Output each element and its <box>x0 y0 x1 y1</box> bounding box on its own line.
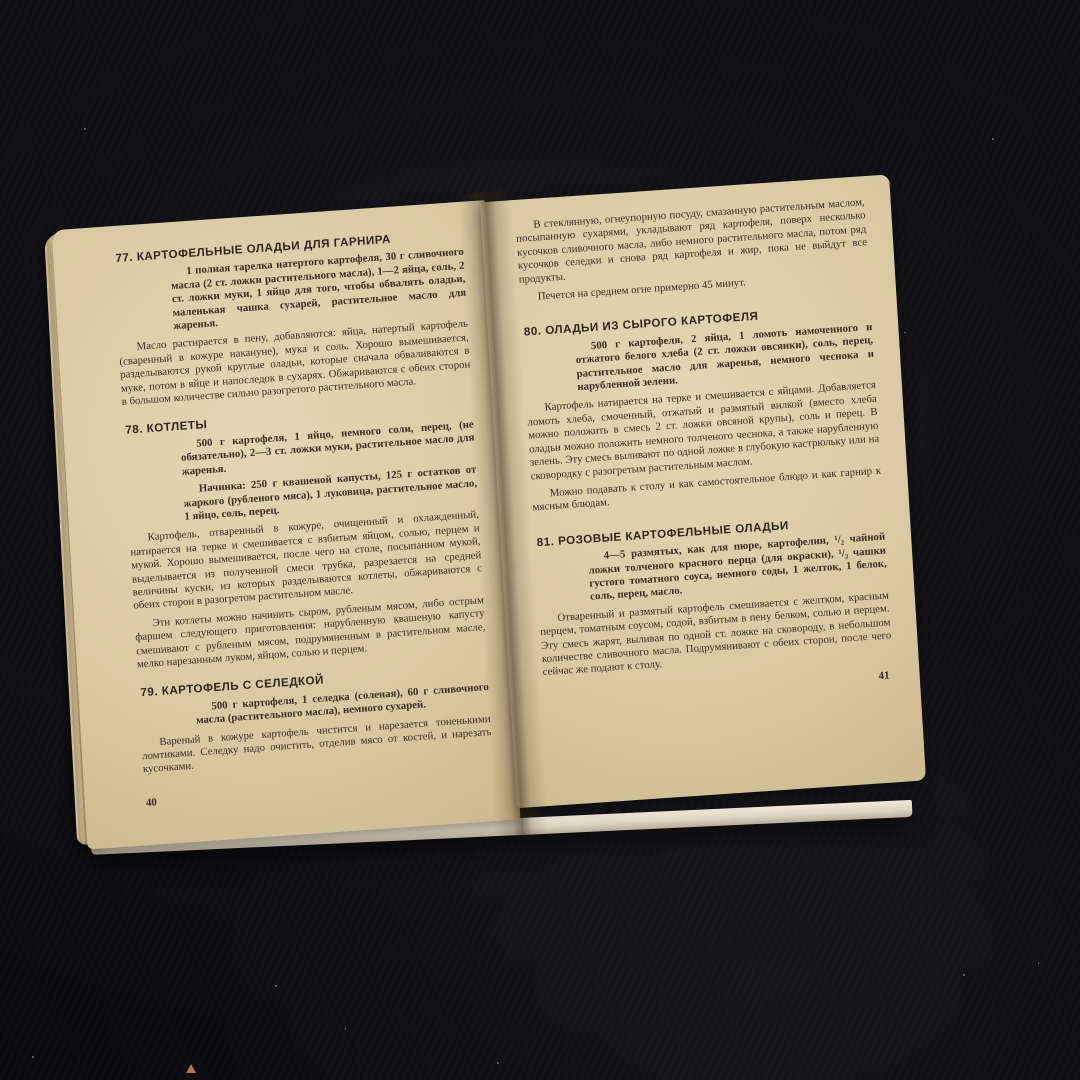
dust-speck <box>345 1028 346 1030</box>
dust-speck <box>275 985 277 987</box>
left-page: 77. КАРТОФЕЛЬНЫЕ ОЛАДЬИ ДЛЯ ГАРНИРА1 пол… <box>52 200 521 849</box>
dust-speck <box>992 138 994 140</box>
right-page-content: В стеклянную, огнеупорную посуду, смазан… <box>480 174 920 708</box>
dust-speck <box>84 128 86 130</box>
left-page-content: 77. КАРТОФЕЛЬНЫЕ ОЛАДЬИ ДЛЯ ГАРНИРА1 пол… <box>52 200 519 815</box>
dust-speck <box>497 1062 499 1064</box>
book: 77. КАРТОФЕЛЬНЫЕ ОЛАДЬИ ДЛЯ ГАРНИРА1 пол… <box>60 183 925 844</box>
dust-speck <box>963 974 965 976</box>
dust-speck <box>1038 962 1039 964</box>
crumb-speck <box>186 1064 196 1073</box>
photo-open-cookbook: 77. КАРТОФЕЛЬНЫЕ ОЛАДЬИ ДЛЯ ГАРНИРА1 пол… <box>0 0 1080 1080</box>
recipe-paragraph: Масло растирается в пену, добавляются: я… <box>118 318 471 409</box>
dust-speck <box>32 1056 34 1058</box>
recipe-paragraph: Вареный в кожуре картофель чистится и на… <box>141 713 492 778</box>
right-page: В стеклянную, огнеупорную посуду, смазан… <box>480 174 926 808</box>
page-number: 40 <box>146 773 495 811</box>
